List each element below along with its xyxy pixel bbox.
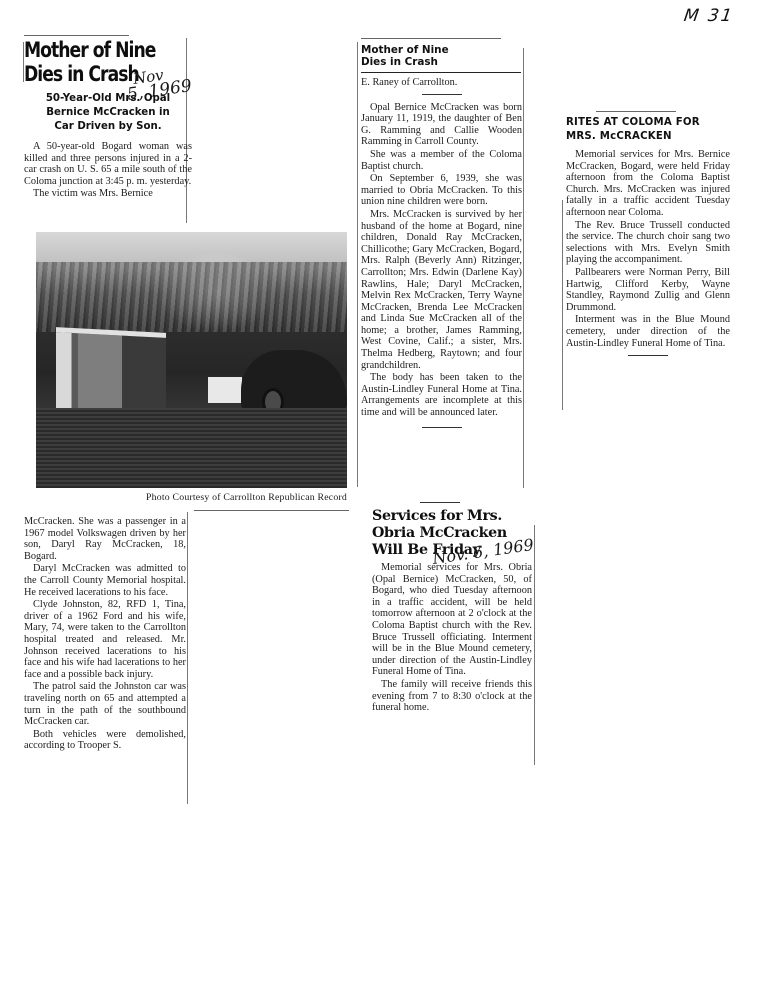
paragraph: Memorial services for Mrs. Bernice McCra… (566, 149, 730, 219)
paragraph: Memorial services for Mrs. Obria (Opal B… (372, 562, 532, 678)
clipping-mother-of-nine-dies-in-crash: Mother of Nine Dies in Crash 50-Year-Old… (24, 38, 192, 201)
clipping-1-continuation: McCracken. She was a passenger in a 1967… (24, 516, 186, 753)
end-divider (628, 355, 668, 356)
clipping-rites-at-coloma: RITES AT COLOMA FOR MRS. McCRACKEN Memor… (566, 116, 730, 363)
paragraph: The Rev. Bruce Trussell conducted the se… (566, 220, 730, 266)
lead-line: E. Raney of Carrollton. (361, 77, 522, 89)
photo-ground (36, 408, 347, 488)
page-label-handwritten: M 31 (683, 6, 736, 26)
paragraph: The patrol said the Johnston car was tra… (24, 681, 186, 727)
photo-debris (208, 377, 242, 403)
deck-line-3: Car Driven by Son. (24, 120, 192, 134)
clipping-mother-of-nine-obituary: Mother of Nine Dies in Crash E. Raney of… (361, 44, 522, 435)
photo-caption: Photo Courtesy of Carrollton Republican … (97, 492, 347, 503)
caption-rule (194, 510, 349, 511)
headline-rule (361, 72, 521, 73)
headline-line-1: RITES AT COLOMA FOR (566, 116, 730, 130)
paragraph: Opal Bernice McCracken was born January … (361, 102, 522, 148)
paragraph: On September 6, 1939, she was married to… (361, 173, 522, 208)
clipping-2-top-rule (361, 38, 501, 39)
paragraph: The body has been taken to the Austin-Li… (361, 372, 522, 418)
article-body: Memorial services for Mrs. Obria (Opal B… (372, 562, 532, 714)
accident-photo (36, 232, 347, 488)
paragraph: The family will receive friends this eve… (372, 679, 532, 714)
section-divider (422, 94, 462, 95)
clipping-3-right-rule (534, 525, 535, 765)
clipping-1-top-rule (24, 35, 129, 36)
article-body: Memorial services for Mrs. Bernice McCra… (566, 149, 730, 356)
headline-line-1: Mother of Nine (24, 38, 162, 62)
clipping-1b-right-rule (187, 512, 188, 804)
paragraph: The victim was Mrs. Bernice (24, 188, 192, 200)
clipping-4-top-rule (596, 111, 676, 112)
headline-line-1: Services for Mrs. (372, 508, 532, 525)
photo-treeline (36, 262, 347, 332)
clipping-3-top-rule (420, 502, 460, 503)
headline: RITES AT COLOMA FOR MRS. McCRACKEN (566, 116, 730, 144)
paragraph: Clyde Johnston, 82, RFD 1, Tina, driver … (24, 599, 186, 680)
article-body-top: A 50-year-old Bogard woman was killed an… (24, 141, 192, 200)
paragraph: Daryl McCracken was admitted to the Carr… (24, 563, 186, 598)
article-body: E. Raney of Carrollton. Opal Bernice McC… (361, 77, 522, 428)
paragraph: McCracken. She was a passenger in a 1967… (24, 516, 186, 562)
handwritten-date-annotation: Nov 5, 1969 (132, 64, 193, 102)
photo-car (241, 350, 347, 410)
paragraph: Both vehicles were demolished, according… (24, 729, 186, 752)
headline-line-1: Mother of Nine (361, 44, 522, 56)
clipping-2-right-rule (523, 48, 524, 488)
paragraph: Mrs. McCracken is survived by her husban… (361, 209, 522, 371)
deck-line-2: Bernice McCracken in (24, 106, 192, 120)
paragraph: Pallbearers were Norman Perry, Bill Hart… (566, 267, 730, 313)
end-divider (422, 427, 462, 428)
headline-line-2: Dies in Crash (361, 56, 522, 68)
paragraph: She was a member of the Coloma Baptist c… (361, 149, 522, 172)
clipping-2-left-rule (357, 42, 358, 487)
headline-line-2: MRS. McCRACKEN (566, 130, 730, 144)
paragraph: Interment was in the Blue Mound cemetery… (566, 314, 730, 349)
clipping-4-left-rule (562, 200, 563, 410)
paragraph: A 50-year-old Bogard woman was killed an… (24, 141, 192, 187)
article-body-bottom: McCracken. She was a passenger in a 1967… (24, 516, 186, 752)
